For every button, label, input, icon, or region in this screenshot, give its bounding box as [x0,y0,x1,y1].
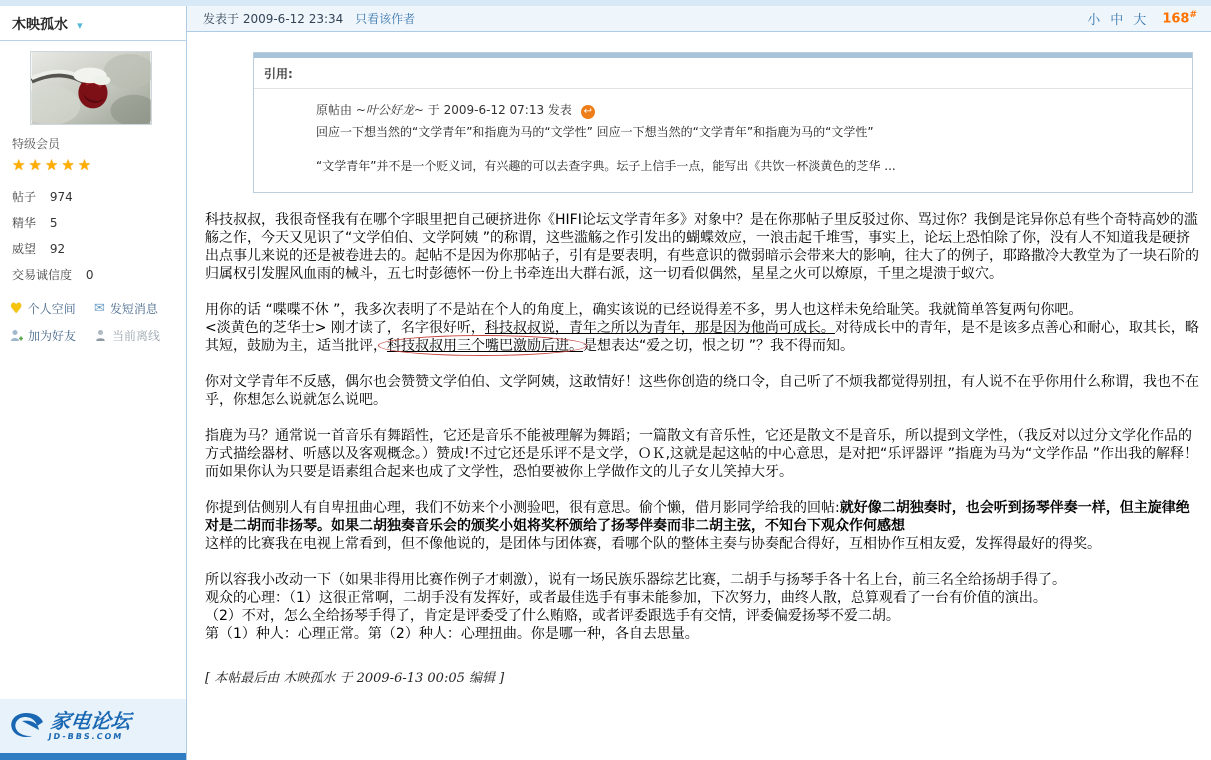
para5-pre: 你提到估侧别人有自卑扭曲心理，我们不妨来个小测验吧，很有意思。偷个懒，借月影同学… [205,500,840,516]
sidebar-spacer [0,354,186,699]
para2-line2-pre: <淡黄色的芝华士> 刚才读了，名字很好听， [205,320,485,336]
post-body: 引用: 原帖由 ~叶公好龙~ 于 2009-6-12 07:13 发表 ↩ 回应… [187,32,1211,760]
offline-status-label: 当前离线 [112,327,160,344]
quote-line-2: “文学青年”并不是一个贬义词，有兴趣的可以去查字典。坛子上信手一点，能写出《共饮… [316,157,1176,176]
stat-digests-label: 精华 [12,216,36,230]
offline-status-icon [94,329,107,342]
post-header-bar: 发表于 2009-6-12 23:34 只看该作者 小 中 大 168# [187,6,1211,32]
stat-digests: 精华 5 [12,214,186,231]
stat-prestige: 威望 92 [12,240,186,257]
stat-prestige-value[interactable]: 92 [50,242,65,256]
post-content-area: 发表于 2009-6-12 23:34 只看该作者 小 中 大 168# 引用: [187,6,1211,760]
quote-date-label: 于 2009-6-12 07:13 发表 [428,103,572,117]
stat-posts: 帖子 974 [12,188,186,205]
post-paragraph-2: 用你的话 “喋喋不休 ”，我多次表明了不是站在个人的角度上，确实该说的已经说得差… [205,301,1203,355]
floor-number-link[interactable]: 168# [1162,10,1197,26]
send-message-label[interactable]: 发短消息 [110,300,158,317]
quoted-author: ~叶公好龙~ [356,103,424,117]
stat-credit-value[interactable]: 0 [86,268,94,282]
para6-line4: 第（1）种人：心理正常。第（2）种人：心理扭曲。你是哪一种，各自去思量。 [205,626,699,642]
stat-credit: 交易诚信度 0 [12,266,186,283]
chevron-down-icon: ▾ [77,19,83,32]
para2-line1: 用你的话 “喋喋不休 ”，我多次表明了不是站在个人的角度上，确实该说的已经说得差… [205,302,1082,318]
stat-digests-value[interactable]: 5 [50,216,58,230]
post-date: 发表于 2009-6-12 23:34 [203,12,343,26]
quote-attribution: 原帖由 ~叶公好龙~ 于 2009-6-12 07:13 发表 ↩ [316,101,1176,120]
floor-number[interactable]: 168 [1162,12,1189,27]
goto-original-icon[interactable]: ↩ [581,105,595,119]
para6-line1: 所以容我小改动一下（如果非得用比赛作例子才刺激），说有一场民族乐器综艺比赛，二胡… [205,572,1066,588]
stat-posts-value[interactable]: 974 [50,190,73,204]
avatar-container [0,41,186,125]
quote-by-label: 原帖由 [316,103,352,117]
only-author-link[interactable]: 只看该作者 [355,12,415,26]
author-username-row[interactable]: 木映孤水 ▾ [0,6,186,41]
profile-label[interactable]: 个人空间 [28,300,76,317]
para6-line3: （2）不对，怎么全给扬琴手得了，肯定是评委受了什么贿赂，或者评委跟选手有交情，评… [205,608,900,624]
post-paragraph-6: 所以容我小改动一下（如果非得用比赛作例子才刺激），说有一场民族乐器综艺比赛，二胡… [205,571,1203,643]
para5-tail: 这样的比赛我在电视上常看到，但不像他说的，是团体与团体赛，看哪个队的整体主奏与协… [205,536,1101,552]
forum-post-page: 木映孤水 ▾ [0,0,1211,760]
heart-icon: ♥ [10,301,23,317]
logo-swirl-icon [10,712,44,740]
stat-prestige-label: 威望 [12,242,36,256]
quote-content: 原帖由 ~叶公好龙~ 于 2009-6-12 07:13 发表 ↩ 回应一下想当… [254,89,1192,192]
stat-credit-label: 交易诚信度 [12,268,72,282]
font-size-medium-link[interactable]: 中 [1110,9,1123,28]
sidebar-bottom-strip [0,753,186,760]
add-friend-icon [10,329,23,342]
site-logo[interactable]: 家电论坛 JD-BBS.COM [0,699,186,753]
font-size-large-link[interactable]: 大 [1133,9,1146,28]
user-stats: 帖子 974 精华 5 威望 92 交易诚信度 0 [0,174,186,292]
offline-status: 当前离线 [94,327,178,344]
logo-title: 家电论坛 [49,711,132,731]
profile-link[interactable]: ♥ 个人空间 [10,300,94,317]
quote-title: 引用: [254,58,1192,89]
add-friend-label[interactable]: 加为好友 [28,327,76,344]
font-size-small-link[interactable]: 小 [1087,9,1100,28]
author-sidebar: 木映孤水 ▾ [0,6,187,760]
user-group-label: 特级会员 [0,125,186,152]
post-paragraph-4: 指鹿为马？通常说一首音乐有舞蹈性，它还是音乐不能被理解为舞蹈；一篇散文有音乐性，… [205,427,1203,481]
post-paragraph-1: 科技叔叔，我很奇怪我有在哪个字眼里把自己硬挤进你《HIFI论坛文学青年多》对象中… [205,211,1203,283]
para2-underlined-text: 科技叔叔说，青年之所以为青年，那是因为他尚可成长。 [485,320,835,336]
envelope-icon: ✉ [94,301,105,316]
post-paragraph-5: 你提到估侧别人有自卑扭曲心理，我们不妨来个小测验吧，很有意思。偷个懒，借月影同学… [205,499,1203,553]
para6-line2: 观众的心理：（1）这很正常啊，二胡手没有发挥好，或者最佳选手有事未能参加，下次努… [205,590,1047,606]
user-actions: ♥ 个人空间 ✉ 发短消息 [0,292,186,354]
quote-block: 引用: 原帖由 ~叶公好龙~ 于 2009-6-12 07:13 发表 ↩ 回应… [253,52,1193,193]
stat-posts-label: 帖子 [12,190,36,204]
edit-note: [ 本帖最后由 木映孤水 于 2009-6-13 00:05 编辑 ] [205,667,1203,686]
floor-hash: # [1189,10,1197,20]
avatar[interactable] [30,51,152,125]
quote-line-1: 回应一下想当然的“文学青年”和指鹿为马的“文学性” 回应一下想当然的“文学青年”… [316,123,1176,142]
add-friend-link[interactable]: 加为好友 [10,327,94,344]
username-text[interactable]: 木映孤水 [12,17,68,33]
para2-tail: 是想表达“爱之切，恨之切 ”？我不得而知。 [583,338,854,354]
post-paragraph-3: 你对文学青年不反感，偶尔也会赞赞文学伯伯、文学阿姨，这敢情好！这些你创造的绕口令… [205,373,1203,409]
red-circle-annotation: 科技叔叔用三个嘴巴激励后进。 [387,338,583,354]
star-rating: ★★★★★ [0,152,186,174]
para2-circled-text: 科技叔叔用三个嘴巴激励后进。 [387,338,583,354]
logo-subtitle: JD-BBS.COM [48,732,129,741]
send-message-link[interactable]: ✉ 发短消息 [94,300,178,317]
